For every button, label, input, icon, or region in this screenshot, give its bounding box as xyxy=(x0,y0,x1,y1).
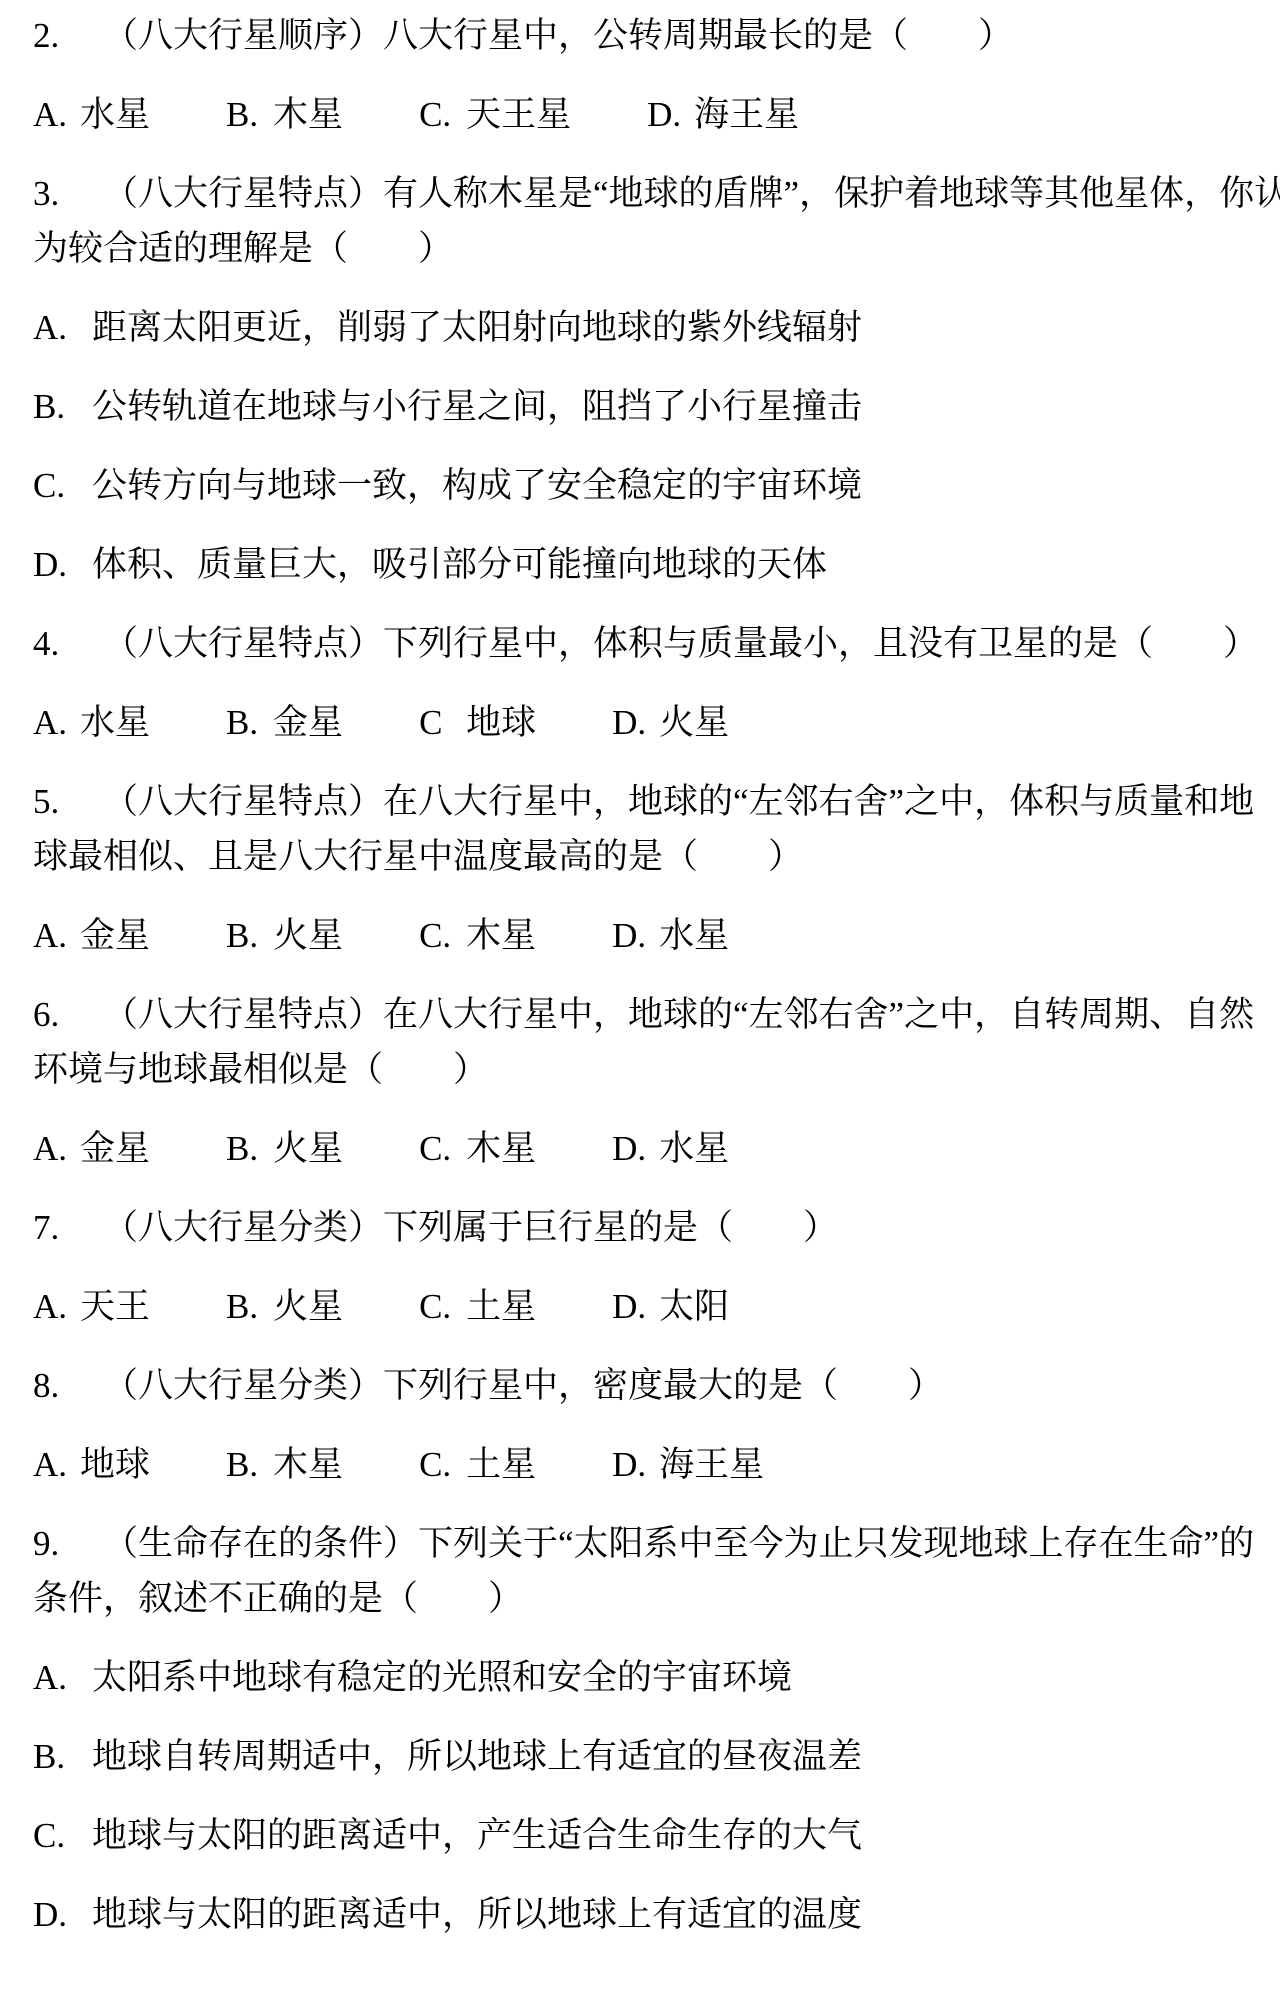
option-label: C. xyxy=(419,87,453,142)
option-text: 海王星 xyxy=(694,95,799,134)
option-text: 太阳系中地球有稳定的光照和安全的宇宙环境 xyxy=(92,1658,792,1697)
option-label: D. xyxy=(612,1279,646,1334)
stem-text: （八大行星特点）下列行星中，体积与质量最小，且没有卫星的是（ ） xyxy=(103,624,1258,663)
option-text: 公转方向与地球一致，构成了安全稳定的宇宙环境 xyxy=(92,466,862,505)
option-label: C xyxy=(419,695,453,750)
stem-line: 8.（八大行星分类）下列行星中，密度最大的是（ ） xyxy=(33,1358,1260,1413)
stem-text: 为较合适的理解是（ ） xyxy=(33,229,453,268)
option-label: B. xyxy=(226,695,260,750)
option-text: 火星 xyxy=(659,703,729,742)
question-stem: 9.（生命存在的条件）下列关于“太阳系中至今为止只发现地球上存在生命”的 条件，… xyxy=(33,1516,1260,1626)
stem-line: 为较合适的理解是（ ） xyxy=(33,221,1260,276)
option-label: C. xyxy=(419,1437,453,1492)
option-c: C.木星 xyxy=(419,1129,536,1168)
stem-text: 环境与地球最相似是（ ） xyxy=(33,1050,488,1089)
stem-line: 条件，叙述不正确的是（ ） xyxy=(33,1571,1260,1626)
exam-page: { "document": { "background_color": "#ff… xyxy=(0,0,1280,2009)
option-label: D. xyxy=(33,537,67,592)
option-text: 海王星 xyxy=(659,1445,764,1484)
option-label: A. xyxy=(33,908,67,963)
option-label: B. xyxy=(226,908,260,963)
option-label: D. xyxy=(612,908,646,963)
option-text: 金星 xyxy=(80,1129,150,1168)
option-label: D. xyxy=(33,1887,67,1942)
question-4: 4.（八大行星特点）下列行星中，体积与质量最小，且没有卫星的是（ ） A.水星B… xyxy=(33,616,1260,750)
option-label: C. xyxy=(33,458,67,513)
option-b: B.火星 xyxy=(226,916,343,955)
question-number: 2. xyxy=(33,8,103,63)
option-b: B.火星 xyxy=(226,1287,343,1326)
option-c: C.土星 xyxy=(419,1287,536,1326)
stem-text: （八大行星分类）下列属于巨行星的是（ ） xyxy=(103,1208,838,1247)
question-stem: 5.（八大行星特点）在八大行星中，地球的“左邻右舍”之中，体积与质量和地 球最相… xyxy=(33,774,1260,884)
option-b: B.木星 xyxy=(226,1445,343,1484)
option-text: 木星 xyxy=(466,916,536,955)
option-text: 地球 xyxy=(80,1445,150,1484)
option-label: B. xyxy=(226,87,260,142)
option-c: C.天王星 xyxy=(419,95,571,134)
option-label: D. xyxy=(612,695,646,750)
option-label: A. xyxy=(33,87,67,142)
option-label: D. xyxy=(612,1121,646,1176)
exam-document: 2.（八大行星顺序）八大行星中，公转周期最长的是（ ） A.水星B.木星C.天王… xyxy=(33,8,1260,1942)
question-stem: 2.（八大行星顺序）八大行星中，公转周期最长的是（ ） xyxy=(33,8,1260,63)
option-text: 距离太阳更近，削弱了太阳射向地球的紫外线辐射 xyxy=(92,308,862,347)
option-label: A. xyxy=(33,695,67,750)
option-a: A.天王 xyxy=(33,1287,150,1326)
option-c: C.土星 xyxy=(419,1445,536,1484)
stem-text: （八大行星特点）有人称木星是“地球的盾牌”，保护着地球等其他星体，你认 xyxy=(103,174,1280,213)
option-a: A.金星 xyxy=(33,1129,150,1168)
option-text: 金星 xyxy=(80,916,150,955)
stem-text: 球最相似、且是八大行星中温度最高的是（ ） xyxy=(33,837,803,876)
option-label: B. xyxy=(33,1729,67,1784)
option-a: A.金星 xyxy=(33,916,150,955)
option-text: 地球与太阳的距离适中，所以地球上有适宜的温度 xyxy=(92,1895,862,1934)
option-d: D.太阳 xyxy=(612,1287,729,1326)
option-text: 土星 xyxy=(466,1287,536,1326)
option-c: C.地球与太阳的距离适中，产生适合生命生存的大气 xyxy=(33,1808,1260,1863)
option-text: 土星 xyxy=(466,1445,536,1484)
question-number: 5. xyxy=(33,774,103,829)
option-d: D.火星 xyxy=(612,703,729,742)
stem-text: （八大行星特点）在八大行星中，地球的“左邻右舍”之中，体积与质量和地 xyxy=(103,782,1254,821)
option-text: 火星 xyxy=(273,1287,343,1326)
option-text: 金星 xyxy=(273,703,343,742)
option-text: 水星 xyxy=(80,95,150,134)
stem-text: （八大行星特点）在八大行星中，地球的“左邻右舍”之中，自转周期、自然 xyxy=(103,995,1254,1034)
option-text: 木星 xyxy=(273,1445,343,1484)
option-label: A. xyxy=(33,1437,67,1492)
option-text: 地球自转周期适中，所以地球上有适宜的昼夜温差 xyxy=(92,1737,862,1776)
stem-line: 2.（八大行星顺序）八大行星中，公转周期最长的是（ ） xyxy=(33,8,1260,63)
option-c: C地球 xyxy=(419,703,536,742)
question-number: 8. xyxy=(33,1358,103,1413)
stem-line: 7.（八大行星分类）下列属于巨行星的是（ ） xyxy=(33,1200,1260,1255)
option-text: 水星 xyxy=(659,1129,729,1168)
option-text: 天王星 xyxy=(466,95,571,134)
stem-text: （八大行星顺序）八大行星中，公转周期最长的是（ ） xyxy=(103,16,1013,55)
option-b: B.地球自转周期适中，所以地球上有适宜的昼夜温差 xyxy=(33,1729,1260,1784)
options-row: A.地球B.木星C.土星D.海王星 xyxy=(33,1437,1260,1492)
option-b: B.木星 xyxy=(226,95,343,134)
options-row: A.水星B.木星C.天王星D.海王星 xyxy=(33,87,1260,142)
option-text: 水星 xyxy=(80,703,150,742)
options-row: A.天王B.火星C.土星D.太阳 xyxy=(33,1279,1260,1334)
question-9: 9.（生命存在的条件）下列关于“太阳系中至今为止只发现地球上存在生命”的 条件，… xyxy=(33,1516,1260,1942)
option-a: A.水星 xyxy=(33,95,150,134)
option-c: C.木星 xyxy=(419,916,536,955)
question-number: 7. xyxy=(33,1200,103,1255)
option-label: C. xyxy=(33,1808,67,1863)
option-c: C.公转方向与地球一致，构成了安全稳定的宇宙环境 xyxy=(33,458,1260,513)
question-6: 6.（八大行星特点）在八大行星中，地球的“左邻右舍”之中，自转周期、自然 环境与… xyxy=(33,987,1260,1176)
stem-line: 9.（生命存在的条件）下列关于“太阳系中至今为止只发现地球上存在生命”的 xyxy=(33,1516,1260,1571)
option-label: B. xyxy=(226,1121,260,1176)
stem-line: 5.（八大行星特点）在八大行星中，地球的“左邻右舍”之中，体积与质量和地 xyxy=(33,774,1260,829)
question-8: 8.（八大行星分类）下列行星中，密度最大的是（ ） A.地球B.木星C.土星D.… xyxy=(33,1358,1260,1492)
option-label: B. xyxy=(33,379,67,434)
option-a: A.太阳系中地球有稳定的光照和安全的宇宙环境 xyxy=(33,1650,1260,1705)
option-d: D.水星 xyxy=(612,916,729,955)
option-a: A.水星 xyxy=(33,703,150,742)
question-2: 2.（八大行星顺序）八大行星中，公转周期最长的是（ ） A.水星B.木星C.天王… xyxy=(33,8,1260,142)
option-text: 太阳 xyxy=(659,1287,729,1326)
option-b: B.公转轨道在地球与小行星之间，阻挡了小行星撞击 xyxy=(33,379,1260,434)
question-stem: 4.（八大行星特点）下列行星中，体积与质量最小，且没有卫星的是（ ） xyxy=(33,616,1260,671)
option-text: 天王 xyxy=(80,1287,150,1326)
options-row: A.金星B.火星C.木星D.水星 xyxy=(33,908,1260,963)
option-d: D.水星 xyxy=(612,1129,729,1168)
option-text: 地球与太阳的距离适中，产生适合生命生存的大气 xyxy=(92,1816,862,1855)
option-d: D.体积、质量巨大，吸引部分可能撞向地球的天体 xyxy=(33,537,1260,592)
option-label: A. xyxy=(33,1650,67,1705)
option-label: C. xyxy=(419,1279,453,1334)
stem-line: 3.（八大行星特点）有人称木星是“地球的盾牌”，保护着地球等其他星体，你认 xyxy=(33,166,1260,221)
question-stem: 6.（八大行星特点）在八大行星中，地球的“左邻右舍”之中，自转周期、自然 环境与… xyxy=(33,987,1260,1097)
option-b: B.金星 xyxy=(226,703,343,742)
option-b: B.火星 xyxy=(226,1129,343,1168)
option-label: A. xyxy=(33,1121,67,1176)
stem-line: 球最相似、且是八大行星中温度最高的是（ ） xyxy=(33,829,1260,884)
option-label: B. xyxy=(226,1279,260,1334)
option-label: A. xyxy=(33,300,67,355)
option-d: D.海王星 xyxy=(612,1445,764,1484)
question-stem: 3.（八大行星特点）有人称木星是“地球的盾牌”，保护着地球等其他星体，你认 为较… xyxy=(33,166,1260,276)
question-stem: 7.（八大行星分类）下列属于巨行星的是（ ） xyxy=(33,1200,1260,1255)
question-number: 9. xyxy=(33,1516,103,1571)
question-number: 3. xyxy=(33,166,103,221)
question-number: 6. xyxy=(33,987,103,1042)
option-d: D.地球与太阳的距离适中，所以地球上有适宜的温度 xyxy=(33,1887,1260,1942)
option-text: 火星 xyxy=(273,1129,343,1168)
options-row: A.金星B.火星C.木星D.水星 xyxy=(33,1121,1260,1176)
option-label: D. xyxy=(612,1437,646,1492)
option-text: 地球 xyxy=(466,703,536,742)
option-text: 体积、质量巨大，吸引部分可能撞向地球的天体 xyxy=(92,545,827,584)
option-text: 公转轨道在地球与小行星之间，阻挡了小行星撞击 xyxy=(92,387,862,426)
stem-text: 条件，叙述不正确的是（ ） xyxy=(33,1579,523,1618)
option-label: A. xyxy=(33,1279,67,1334)
option-text: 水星 xyxy=(659,916,729,955)
stem-line: 6.（八大行星特点）在八大行星中，地球的“左邻右舍”之中，自转周期、自然 xyxy=(33,987,1260,1042)
stem-text: （生命存在的条件）下列关于“太阳系中至今为止只发现地球上存在生命”的 xyxy=(103,1524,1254,1563)
stem-text: （八大行星分类）下列行星中，密度最大的是（ ） xyxy=(103,1366,943,1405)
option-label: C. xyxy=(419,908,453,963)
option-a: A.距离太阳更近，削弱了太阳射向地球的紫外线辐射 xyxy=(33,300,1260,355)
option-d: D.海王星 xyxy=(647,95,799,134)
option-label: B. xyxy=(226,1437,260,1492)
question-7: 7.（八大行星分类）下列属于巨行星的是（ ） A.天王B.火星C.土星D.太阳 xyxy=(33,1200,1260,1334)
options-row: A.水星B.金星C地球D.火星 xyxy=(33,695,1260,750)
question-number: 4. xyxy=(33,616,103,671)
stem-line: 4.（八大行星特点）下列行星中，体积与质量最小，且没有卫星的是（ ） xyxy=(33,616,1260,671)
option-text: 木星 xyxy=(466,1129,536,1168)
stem-line: 环境与地球最相似是（ ） xyxy=(33,1042,1260,1097)
option-label: C. xyxy=(419,1121,453,1176)
option-a: A.地球 xyxy=(33,1445,150,1484)
option-text: 木星 xyxy=(273,95,343,134)
question-5: 5.（八大行星特点）在八大行星中，地球的“左邻右舍”之中，体积与质量和地 球最相… xyxy=(33,774,1260,963)
option-label: D. xyxy=(647,87,681,142)
question-stem: 8.（八大行星分类）下列行星中，密度最大的是（ ） xyxy=(33,1358,1260,1413)
option-text: 火星 xyxy=(273,916,343,955)
question-3: 3.（八大行星特点）有人称木星是“地球的盾牌”，保护着地球等其他星体，你认 为较… xyxy=(33,166,1260,592)
